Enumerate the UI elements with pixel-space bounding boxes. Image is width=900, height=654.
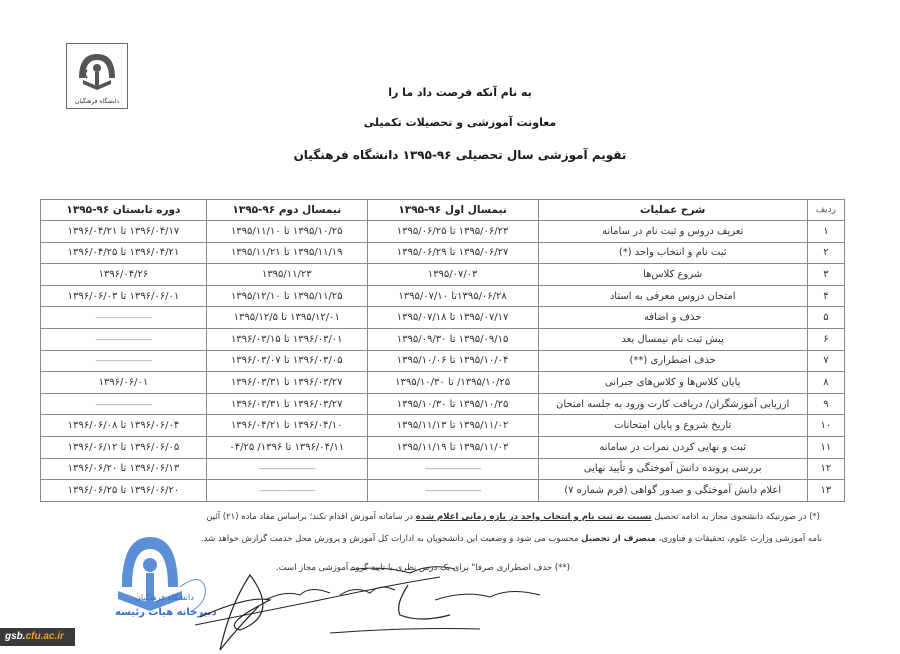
logo-caption: دانشگاه فرهنگیان (67, 98, 127, 105)
footnote-1-suffix: در سامانه آموزش اقدام نکند؛ براساس مفاد … (206, 512, 415, 522)
row-summer: ۱۳۹۶/۰۶/۰۱ (41, 372, 207, 394)
row-semester2: ۱۳۹۶/۰۳/۲۷ تا ۱۳۹۶/۰۳/۳۱ (206, 393, 367, 415)
page-title: تقویم آموزشی سال تحصیلی ۹۶-۱۳۹۵ دانشگاه … (200, 148, 720, 162)
footnote-2-emphasis: منصرف از تحصیل (581, 534, 656, 544)
row-semester1: ۱۳۹۵/۱۱/۰۲ تا ۱۳۹۵/۱۱/۱۳ (367, 415, 538, 437)
table-row: ۲ ثبت نام و انتخاب واحد (*) ۱۳۹۵/۰۶/۲۷ ت… (41, 242, 845, 264)
row-number: ۱۱ (807, 436, 844, 458)
academic-calendar-table: ردیف شرح عملیات نیمسال اول ۹۶-۱۳۹۵ نیمسا… (40, 199, 845, 502)
row-description: ثبت و نهایی کردن نمرات در سامانه (538, 436, 807, 458)
department-heading: معاونت آموزشی و تحصیلات تکمیلی (200, 116, 720, 129)
row-number: ۸ (807, 372, 844, 394)
table-row: ۶ پیش ثبت نام نیمسال بعد ۱۳۹۵/۰۹/۱۵ تا ۱… (41, 328, 845, 350)
row-summer: ۱۳۹۶/۰۴/۲۱ تا ۱۳۹۶/۰۴/۲۵ (41, 242, 207, 264)
row-semester2: ۱۳۹۵/۱۲/۰۱ تا ۱۳۹۵/۱۲/۵ (206, 307, 367, 329)
table-row: ۱۳ اعلام دانش آموختگی و صدور گواهی (فرم … (41, 480, 845, 502)
footnote-1-prefix: (*) در صورتیکه دانشجوی مجاز به ادامه تحص… (652, 512, 820, 522)
row-semester2: ———————— (206, 480, 367, 502)
row-semester1: ۱۳۹۵/۰۷/۰۳ (367, 264, 538, 286)
row-number: ۵ (807, 307, 844, 329)
row-semester1: ———————— (367, 480, 538, 502)
row-semester2: ۱۳۹۵/۱۱/۱۹ تا ۱۳۹۵/۱۱/۲۱ (206, 242, 367, 264)
row-description: ثبت نام و انتخاب واحد (*) (538, 242, 807, 264)
watermark-accent: cfu (26, 631, 41, 642)
header-semester2: نیمسال دوم ۹۶-۱۳۹۵ (206, 200, 367, 221)
row-number: ۲ (807, 242, 844, 264)
row-description: تاریخ شروع و پایان امتحانات (538, 415, 807, 437)
table-row: ۱ تعریف دروس و ثبت نام در سامانه ۱۳۹۵/۰۶… (41, 221, 845, 243)
footnote-registration: (*) در صورتیکه دانشجوی مجاز به ادامه تحص… (206, 512, 820, 522)
row-description: پایان کلاس‌ها و کلاس‌های جبرانی (538, 372, 807, 394)
table-row: ۵ حذف و اضافه ۱۳۹۵/۰۷/۱۷ تا ۱۳۹۵/۰۷/۱۸ ۱… (41, 307, 845, 329)
footnote-2-prefix: نامه آموزشی وزارت علوم، تحقیقات و فناوری… (656, 534, 822, 544)
bismillah-heading: به نام آنکه فرصت داد ما را (200, 86, 720, 99)
footnote-1-emphasis: نسبت به ثبت نام و انتخاب واحد در بازه زم… (416, 512, 652, 522)
row-semester2: ۱۳۹۶/۰۴/۱۰ تا ۱۳۹۶/۰۴/۲۱ (206, 415, 367, 437)
row-number: ۹ (807, 393, 844, 415)
row-semester1: ۱۳۹۵/۱۰/۲۵ تا ۱۳۹۵/۱۰/۳۰ (367, 393, 538, 415)
row-description: اعلام دانش آموختگی و صدور گواهی (فرم شما… (538, 480, 807, 502)
university-logo: دانشگاه فرهنگیان (66, 43, 128, 109)
row-summer: ———————— (41, 328, 207, 350)
row-description: شروع کلاس‌ها (538, 264, 807, 286)
table-row: ۱۲ بررسی پرونده دانش آموختگی و تأیید نها… (41, 458, 845, 480)
row-summer: ———————— (41, 307, 207, 329)
row-semester2: ۱۳۹۶/۰۳/۰۱ تا ۱۳۹۶/۰۳/۱۵ (206, 328, 367, 350)
row-semester2: ۱۳۹۵/۱۰/۲۵ تا ۱۳۹۵/۱۱/۱۰ (206, 221, 367, 243)
row-number: ۴ (807, 285, 844, 307)
row-description: امتحان دروس معرفی به استاد (538, 285, 807, 307)
watermark-prefix: gsb. (5, 631, 26, 642)
row-semester2: ۱۳۹۶/۰۳/۰۵ تا ۱۳۹۶/۰۳/۰۷ (206, 350, 367, 372)
row-semester2: ۱۳۹۵/۱۱/۲۳ (206, 264, 367, 286)
row-number: ۱۳ (807, 480, 844, 502)
header-summer: دوره تابستان ۹۶-۱۳۹۵ (41, 200, 207, 221)
row-semester1: ۱۳۹۵/۰۶/۲۷ تا ۱۳۹۵/۰۶/۲۹ (367, 242, 538, 264)
table-row: ۳ شروع کلاس‌ها ۱۳۹۵/۰۷/۰۳ ۱۳۹۵/۱۱/۲۳ ۱۳۹… (41, 264, 845, 286)
row-semester2: ۱۳۹۶/۰۳/۲۷ تا ۱۳۹۶/۰۳/۳۱ (206, 372, 367, 394)
row-number: ۱ (807, 221, 844, 243)
row-semester1: ۱۳۹۵/۱۰/۲۵/ تا ۱۳۹۵/۱۰/۳۰ (367, 372, 538, 394)
table-row: ۱۱ ثبت و نهایی کردن نمرات در سامانه ۱۳۹۵… (41, 436, 845, 458)
row-description: حذف اضطراری (**) (538, 350, 807, 372)
row-summer: ۱۳۹۶/۰۴/۱۷ تا ۱۳۹۶/۰۴/۲۱ (41, 221, 207, 243)
row-semester1: ۱۳۹۵/۱۰/۰۴ تا ۱۳۹۵/۱۰/۰۶ (367, 350, 538, 372)
row-description: بررسی پرونده دانش آموختگی و تأیید نهایی (538, 458, 807, 480)
row-summer: ———————— (41, 350, 207, 372)
row-summer: ———————— (41, 393, 207, 415)
table-row: ۷ حذف اضطراری (**) ۱۳۹۵/۱۰/۰۴ تا ۱۳۹۵/۱۰… (41, 350, 845, 372)
row-semester2: ———————— (206, 458, 367, 480)
document-page: دانشگاه فرهنگیان به نام آنکه فرصت داد ما… (0, 0, 900, 632)
row-description: پیش ثبت نام نیمسال بعد (538, 328, 807, 350)
watermark-suffix: .ac.ir (41, 631, 64, 642)
row-description: حذف و اضافه (538, 307, 807, 329)
row-summer: ۱۳۹۶/۰۶/۰۵ تا ۱۳۹۶/۰۶/۱۲ (41, 436, 207, 458)
row-semester1: ۱۳۹۵/۰۶/۲۸تا ۱۳۹۵/۰۷/۱۰ (367, 285, 538, 307)
row-semester2: ۱۳۹۶/۰۴/۱۱ تا ۱۳۹۶/ ۰۴/۲۵ (206, 436, 367, 458)
header-description: شرح عملیات (538, 200, 807, 221)
row-number: ۳ (807, 264, 844, 286)
row-summer: ۱۳۹۶/۰۶/۰۴ تا ۱۳۹۶/۰۶/۰۸ (41, 415, 207, 437)
row-semester1: ۱۳۹۵/۱۱/۰۳ تا ۱۳۹۵/۱۱/۱۹ (367, 436, 538, 458)
table-row: ۴ امتحان دروس معرفی به استاد ۱۳۹۵/۰۶/۲۸ت… (41, 285, 845, 307)
row-number: ۱۰ (807, 415, 844, 437)
footnote-withdrawal: نامه آموزشی وزارت علوم، تحقیقات و فناوری… (201, 534, 822, 544)
row-number: ۶ (807, 328, 844, 350)
logo-emblem-icon (73, 48, 121, 96)
header-row-number: ردیف (807, 200, 844, 221)
footnote-2-suffix: محسوب می شود و وضعیت این دانشجویان به اد… (201, 534, 581, 544)
row-summer: ۱۳۹۶/۰۴/۲۶ (41, 264, 207, 286)
table-row: ۱۰ تاریخ شروع و پایان امتحانات ۱۳۹۵/۱۱/۰… (41, 415, 845, 437)
row-summer: ۱۳۹۶/۰۶/۱۳ تا ۱۳۹۶/۰۶/۲۰ (41, 458, 207, 480)
stamp-university-name: دانشگاه فرهنگیان (135, 593, 194, 602)
row-description: ارزیابی آموزشگران/ دریافت کارت ورود به ج… (538, 393, 807, 415)
row-summer: ۱۳۹۶/۰۶/۲۰ تا ۱۳۹۶/۰۶/۲۵ (41, 480, 207, 502)
row-semester1: ———————— (367, 458, 538, 480)
table-row: ۹ ارزیابی آموزشگران/ دریافت کارت ورود به… (41, 393, 845, 415)
row-summer: ۱۳۹۶/۰۶/۰۱ تا ۱۳۹۶/۰۶/۰۳ (41, 285, 207, 307)
table-row: ۸ پایان کلاس‌ها و کلاس‌های جبرانی ۱۳۹۵/۱… (41, 372, 845, 394)
row-description: تعریف دروس و ثبت نام در سامانه (538, 221, 807, 243)
site-watermark: gsb.cfu.ac.ir (0, 628, 75, 646)
row-semester1: ۱۳۹۵/۰۶/۲۳ تا ۱۳۹۵/۰۶/۲۵ (367, 221, 538, 243)
row-semester1: ۱۳۹۵/۰۷/۱۷ تا ۱۳۹۵/۰۷/۱۸ (367, 307, 538, 329)
row-number: ۱۲ (807, 458, 844, 480)
handwritten-signatures (190, 555, 620, 654)
row-semester2: ۱۳۹۵/۱۱/۲۵ تا ۱۳۹۵/۱۲/۱۰ (206, 285, 367, 307)
row-semester1: ۱۳۹۵/۰۹/۱۵ تا ۱۳۹۵/۰۹/۳۰ (367, 328, 538, 350)
header-semester1: نیمسال اول ۹۶-۱۳۹۵ (367, 200, 538, 221)
row-number: ۷ (807, 350, 844, 372)
table-header-row: ردیف شرح عملیات نیمسال اول ۹۶-۱۳۹۵ نیمسا… (41, 200, 845, 221)
